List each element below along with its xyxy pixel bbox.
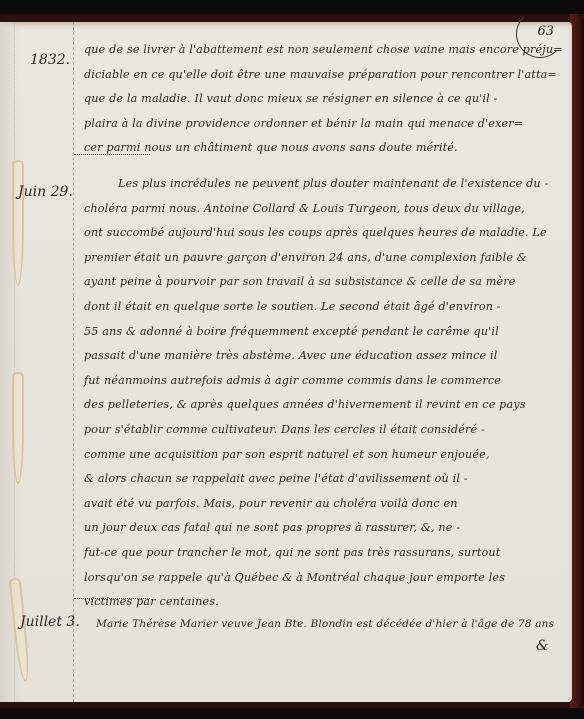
text-line: ayant peine à pourvoir par son travail à… bbox=[84, 270, 539, 295]
entry-juin-29: Les plus incrédules ne peuvent plus dout… bbox=[84, 172, 539, 615]
text-line: cer parmi nous un châtiment que nous avo… bbox=[84, 136, 539, 161]
binding-thread bbox=[12, 372, 24, 484]
text-line: & alors chacun se rappelait avec peine l… bbox=[84, 467, 539, 492]
text-line: plaira à la divine providence ordonner e… bbox=[84, 112, 539, 137]
manuscript-page: 63 1832. Juin 29. Juillet 3. que de se l… bbox=[0, 22, 572, 702]
text-line: fut-ce que pour trancher le mot, qui ne … bbox=[84, 541, 539, 566]
entry-continuation: que de se livrer à l'abattement est non … bbox=[84, 38, 539, 161]
book-cover-edge bbox=[570, 14, 584, 708]
text-line: dont il était en quelque sorte le soutie… bbox=[84, 295, 539, 320]
continuation-mark: & bbox=[536, 638, 548, 654]
text-line: avait été vu parfois. Mais, pour revenir… bbox=[84, 492, 539, 517]
text-line: premier était un pauvre garçon d'environ… bbox=[84, 246, 539, 271]
text-line: Marie Thérèse Marier veuve Jean Bte. Blo… bbox=[96, 612, 566, 637]
text-line: fut néanmoins autrefois admis à agir com… bbox=[84, 369, 539, 394]
margin-rule bbox=[73, 22, 74, 702]
entry-separator bbox=[74, 594, 150, 599]
text-line: passait d'une manière très abstème. Avec… bbox=[84, 344, 539, 369]
binding-thread bbox=[12, 160, 24, 286]
text-line: victimes par centaines. bbox=[84, 590, 539, 615]
text-line: que de se livrer à l'abattement est non … bbox=[84, 38, 539, 63]
text-line: que de la maladie. Il vaut donc mieux se… bbox=[84, 87, 539, 112]
entry-juillet-3: Marie Thérèse Marier veuve Jean Bte. Blo… bbox=[96, 612, 566, 637]
text-line: lorsqu'on se rappele qu'à Québec & à Mon… bbox=[84, 566, 539, 591]
margin-year: 1832. bbox=[30, 52, 70, 68]
text-line: pour s'établir comme cultivateur. Dans l… bbox=[84, 418, 539, 443]
margin-date-juillet-3: Juillet 3. bbox=[20, 614, 80, 630]
entry-separator bbox=[74, 150, 150, 155]
text-line: diciable en ce qu'elle doit être une mau… bbox=[84, 63, 539, 88]
text-line: comme une acquisition par son esprit nat… bbox=[84, 443, 539, 468]
text-line: Les plus incrédules ne peuvent plus dout… bbox=[84, 172, 539, 197]
page-number: 63 bbox=[537, 24, 554, 39]
text-line: 55 ans & adonné à boire fréquemment exce… bbox=[84, 320, 539, 345]
text-line: un jour deux cas fatal qui ne sont pas p… bbox=[84, 516, 539, 541]
text-line: des pelleteries, & après quelques années… bbox=[84, 393, 539, 418]
text-line: ont succombé aujourd'hui sous les coups … bbox=[84, 221, 539, 246]
text-line: choléra parmi nous. Antoine Collard & Lo… bbox=[84, 197, 539, 222]
margin-date-juin-29: Juin 29. bbox=[18, 184, 73, 200]
